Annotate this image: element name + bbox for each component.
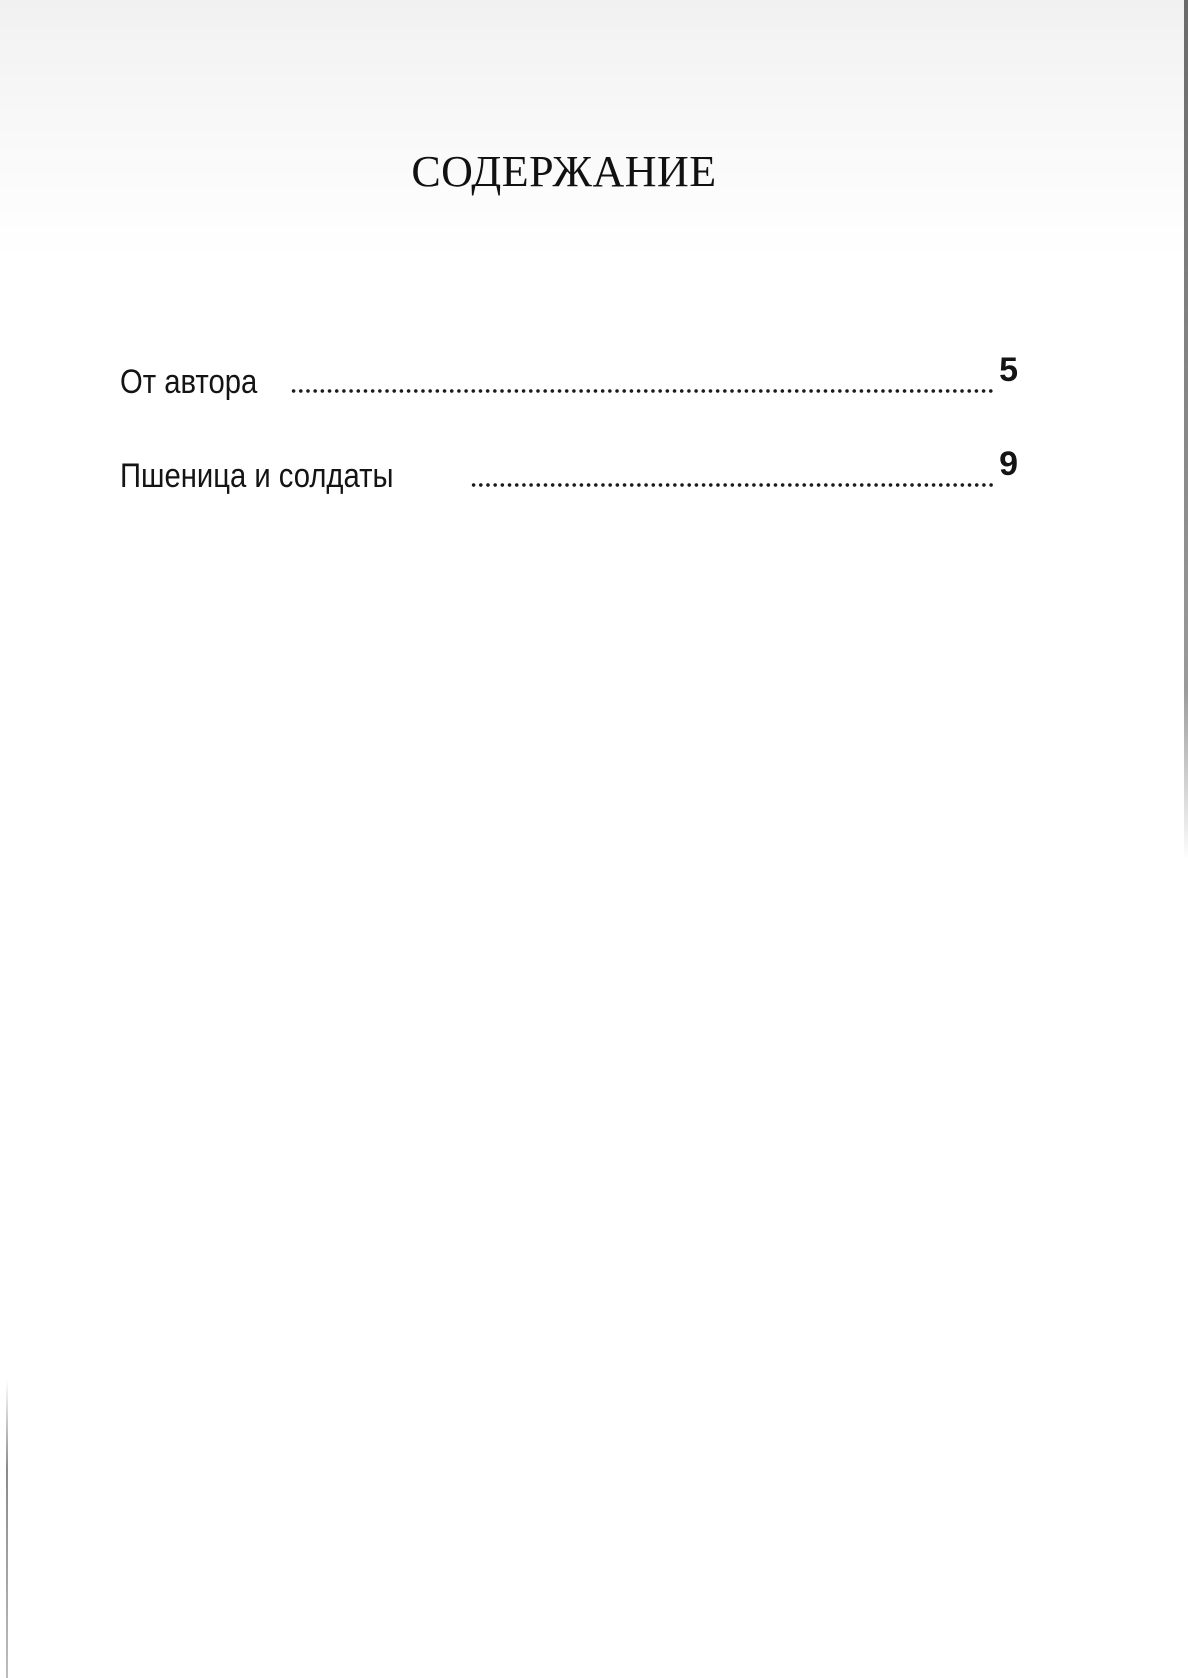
dot-leader	[290, 388, 993, 394]
toc-entry-page: 9	[999, 445, 1018, 484]
toc-entry[interactable]: От автора 5	[120, 352, 1018, 402]
toc-entry-title: От автора	[120, 363, 257, 402]
dot-leader	[470, 482, 993, 488]
page-edge-shadow	[1184, 0, 1188, 860]
page-edge-line	[6, 1380, 8, 1678]
toc-entry-page: 5	[999, 351, 1018, 390]
page-title: СОДЕРЖАНИЕ	[0, 146, 1188, 197]
toc-entry-title: Пшеница и солдаты	[120, 457, 394, 496]
book-page: СОДЕРЖАНИЕ От автора 5 Пшеница и солдаты…	[0, 0, 1188, 1678]
toc-entry[interactable]: Пшеница и солдаты 9	[120, 446, 1018, 496]
